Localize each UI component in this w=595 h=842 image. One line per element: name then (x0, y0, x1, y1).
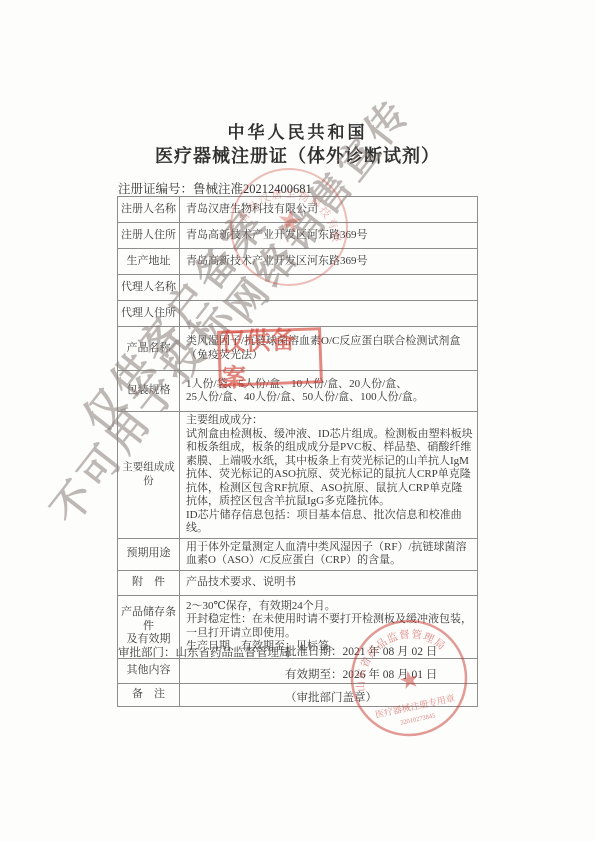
approval-department: 审批部门：山东省药品监督管理局 (118, 644, 291, 660)
table-row: 附 件产品技术要求、说明书 (118, 570, 478, 595)
table-row: 预期用途用于体外定量测定人血清中类风湿因子（RF）/抗链球菌溶血素O（ASO）/… (118, 538, 478, 570)
row-label: 包装规格 (118, 371, 180, 412)
row-label: 代理人名称 (118, 275, 180, 301)
certificate-number: 注册证编号：鲁械注准20212400681 (118, 179, 312, 197)
row-label: 产品名称 (118, 327, 180, 371)
table-row: 包装规格1人份/袋、5人份/盒、10人份/盒、20人份/盒、 25人份/盒、40… (118, 371, 478, 412)
page-title-certificate: 医疗器械注册证（体外诊断试剂） (0, 142, 595, 168)
row-label: 附 件 (118, 570, 180, 595)
certificate-page: 中华人民共和国 医疗器械注册证（体外诊断试剂） 注册证编号：鲁械注准202124… (0, 0, 595, 842)
table-row: 注册人住所青岛高新技术产业开发区河东路369号 (118, 223, 478, 249)
row-value: 用于体外定量测定人血清中类风湿因子（RF）/抗链球菌溶血素O（ASO）/C反应蛋… (180, 538, 478, 570)
page-title-country: 中华人民共和国 (0, 118, 595, 143)
row-value: 主要组成成分： 试剂盒由检测板、缓冲液、ID芯片组成。检测板由塑料板块和板条组成… (180, 412, 478, 539)
table-row: 代理人住所 (118, 301, 478, 327)
table-row: 代理人名称 (118, 275, 478, 301)
valid-until-date: 有效期至：2026 年 08 月 01 日 (285, 664, 437, 687)
row-value: 青岛高新技术产业开发区河东路369号 (180, 223, 478, 249)
row-value (180, 275, 478, 301)
seal-note: （审批部门盖章） (285, 687, 437, 710)
row-value: 青岛汉唐生物科技有限公司 (180, 197, 478, 223)
dates-block: 批准日期：2021 年 08 月 02 日 有效期至：2026 年 08 月 0… (285, 641, 437, 710)
certificate-table: 注册人名称青岛汉唐生物科技有限公司注册人住所青岛高新技术产业开发区河东路369号… (117, 196, 478, 707)
row-label: 生产地址 (118, 249, 180, 275)
table-row: 注册人名称青岛汉唐生物科技有限公司 (118, 197, 478, 223)
cert-table-body: 注册人名称青岛汉唐生物科技有限公司注册人住所青岛高新技术产业开发区河东路369号… (118, 197, 478, 707)
approval-seal-serial: 32010273845 (400, 712, 436, 726)
table-row: 产品名称类风湿因子/抗链球菌溶血素O/C反应蛋白联合检测试剂盒 （免疫荧光法） (118, 327, 478, 371)
table-row: 生产地址青岛高新技术产业开发区河东路369号 (118, 249, 478, 275)
row-label: 备 注 (118, 683, 180, 706)
row-label: 主要组成成份 (118, 412, 180, 539)
row-value (180, 301, 478, 327)
row-value: 青岛高新技术产业开发区河东路369号 (180, 249, 478, 275)
row-label: 注册人名称 (118, 197, 180, 223)
row-label: 注册人住所 (118, 223, 180, 249)
row-value: 产品技术要求、说明书 (180, 570, 478, 595)
row-label: 预期用途 (118, 538, 180, 570)
row-value: 1人份/袋、5人份/盒、10人份/盒、20人份/盒、 25人份/盒、40人份/盒… (180, 371, 478, 412)
table-row: 主要组成成份主要组成成分： 试剂盒由检测板、缓冲液、ID芯片组成。检测板由塑料板… (118, 412, 478, 539)
row-value: 类风湿因子/抗链球菌溶血素O/C反应蛋白联合检测试剂盒 （免疫荧光法） (180, 327, 478, 371)
row-label: 其他内容 (118, 658, 180, 683)
approve-date: 批准日期：2021 年 08 月 02 日 (285, 641, 437, 664)
row-label: 代理人住所 (118, 301, 180, 327)
